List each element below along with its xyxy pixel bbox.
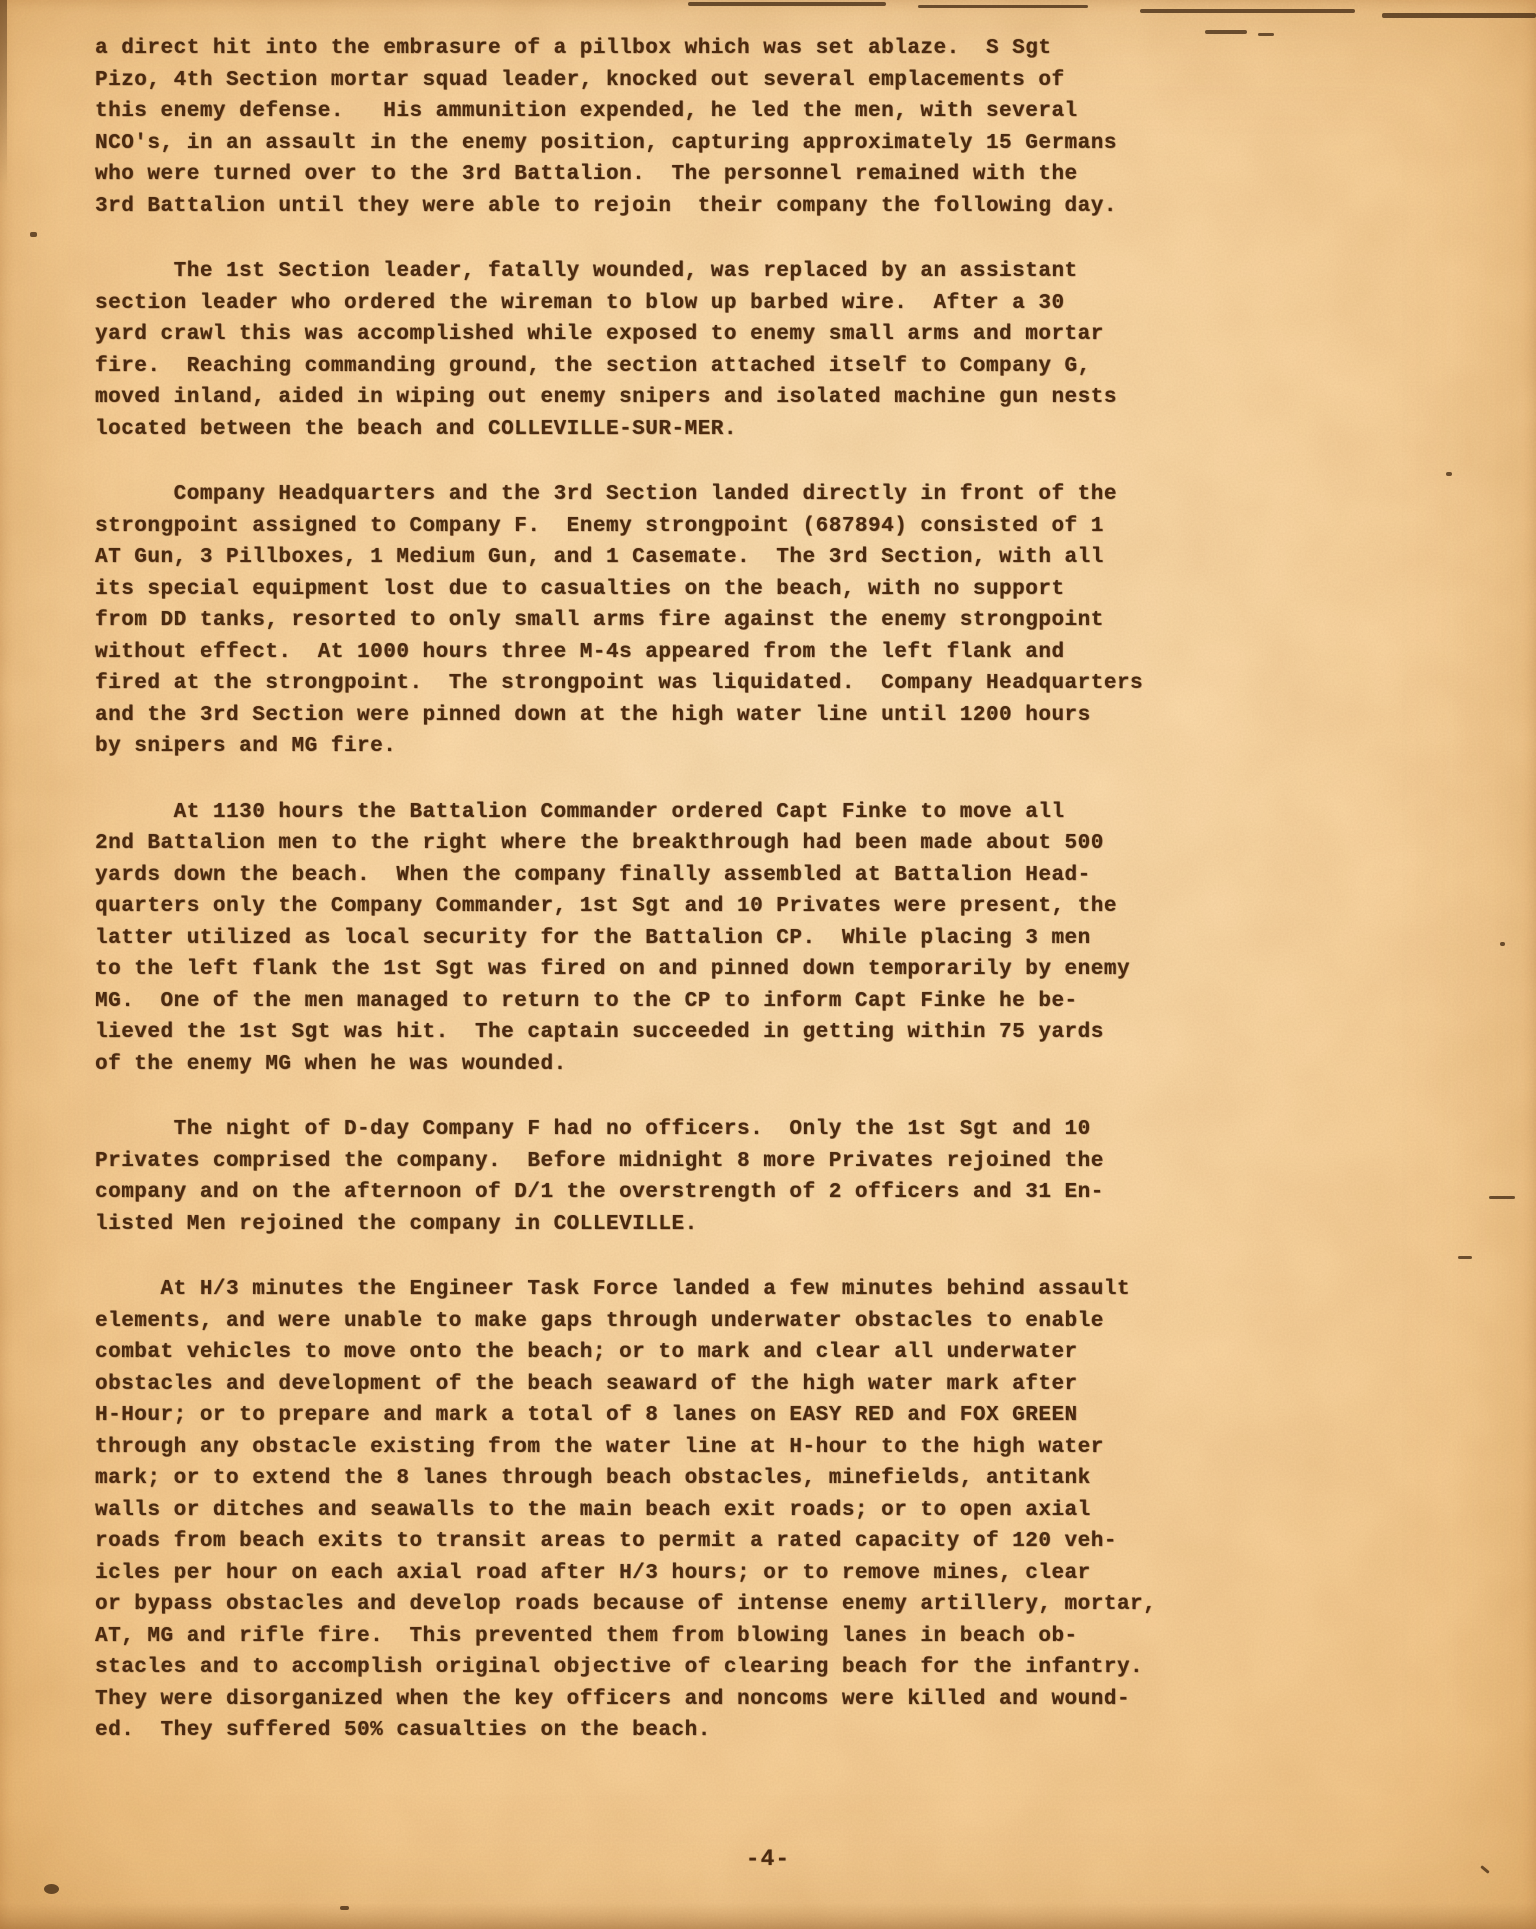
scan-edge-shadow-bottom xyxy=(0,1903,1536,1929)
scan-artifact xyxy=(688,2,886,6)
scan-artifact xyxy=(1140,9,1355,13)
scan-artifact xyxy=(1489,1196,1515,1199)
paragraph: At 1130 hours the Battalion Commander or… xyxy=(95,797,1205,1081)
scan-artifact xyxy=(1205,30,1247,34)
paragraph: The night of D-day Company F had no offi… xyxy=(95,1114,1205,1240)
scan-artifact xyxy=(44,1884,59,1894)
scan-artifact xyxy=(1258,33,1274,36)
scan-artifact xyxy=(1382,13,1536,18)
page-number: -4- xyxy=(0,1846,1536,1872)
document-text: a direct hit into the embrasure of a pil… xyxy=(95,33,1205,1747)
paragraph: a direct hit into the embrasure of a pil… xyxy=(95,33,1205,222)
scan-artifact xyxy=(340,1906,349,1910)
scan-artifact xyxy=(1446,472,1452,476)
scan-artifact xyxy=(1500,942,1505,946)
paragraph: Company Headquarters and the 3rd Section… xyxy=(95,479,1205,763)
scan-artifact xyxy=(1458,1256,1472,1259)
paragraph: At H/3 minutes the Engineer Task Force l… xyxy=(95,1274,1205,1747)
scanned-document-page: a direct hit into the embrasure of a pil… xyxy=(0,0,1536,1929)
scan-artifact xyxy=(30,232,37,237)
scan-edge-shadow xyxy=(0,0,7,190)
paragraph: The 1st Section leader, fatally wounded,… xyxy=(95,256,1205,445)
scan-artifact xyxy=(918,5,1088,8)
